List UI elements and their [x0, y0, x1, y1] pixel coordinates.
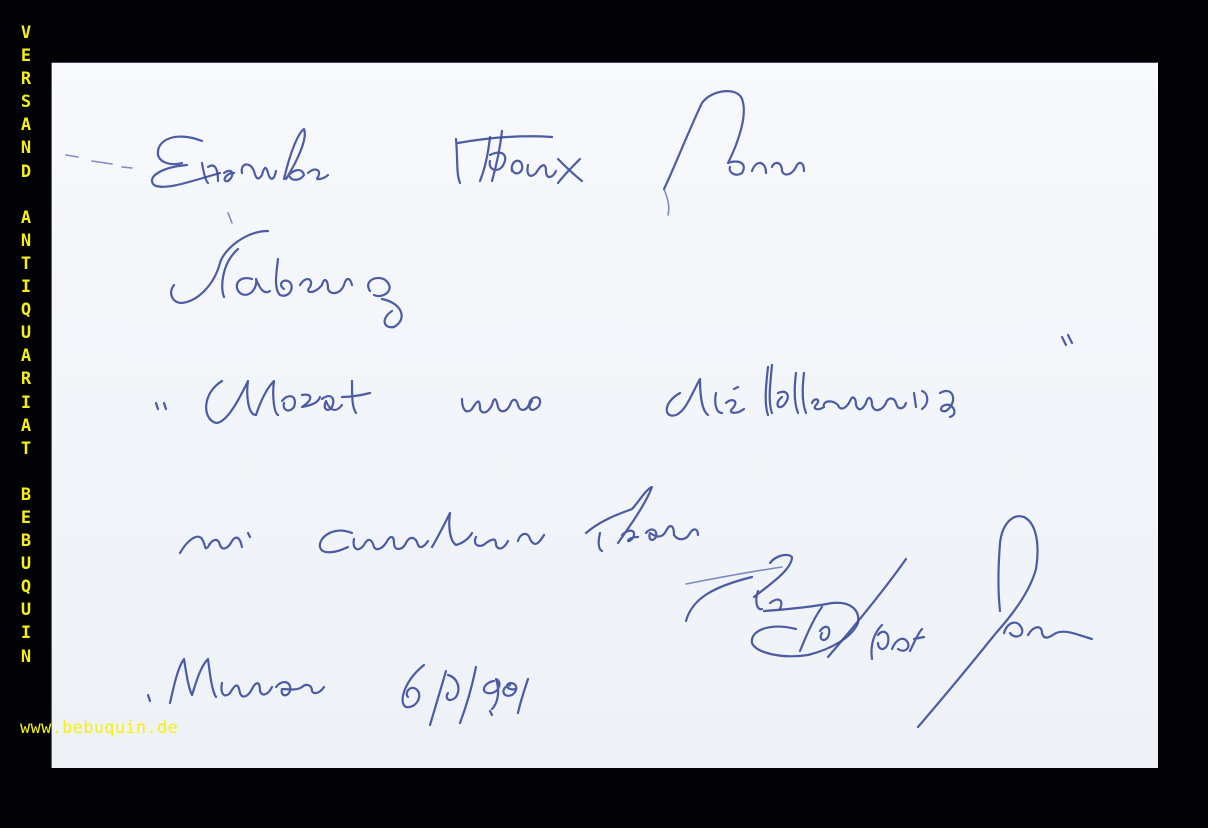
watermark-letter: B: [21, 484, 31, 507]
watermark-letter: A: [21, 114, 31, 137]
stray-mark: [66, 155, 132, 168]
watermark-letter: I: [21, 392, 31, 415]
watermark-letter: N: [21, 137, 31, 160]
watermark-letter: I: [21, 622, 31, 645]
watermark-letter: E: [21, 507, 31, 530]
watermark-url: www.bebuquin.de: [20, 718, 178, 738]
line-salzburg-strokes: [171, 213, 401, 327]
watermark-letter: T: [21, 438, 31, 461]
watermark-letter: N: [21, 230, 31, 253]
watermark-letter: V: [21, 22, 31, 45]
watermark-letter: R: [21, 368, 31, 391]
watermark-letter: E: [21, 45, 31, 68]
watermark-letter: S: [21, 91, 31, 114]
watermark-letter: Q: [21, 299, 31, 322]
vertical-watermark: V E R S A N D A N T I Q U A R I A T B E …: [18, 22, 34, 669]
watermark-letter: U: [21, 553, 31, 576]
autograph-card: Ensemble Tobias Jenne Salzburg „Mozart u…: [52, 63, 1158, 768]
watermark-letter: T: [21, 253, 31, 276]
handwriting-strokes: [52, 63, 1158, 768]
watermark-letter: Q: [21, 576, 31, 599]
watermark-letter: A: [21, 415, 31, 438]
line-title-strokes: [156, 335, 1072, 423]
watermark-letter: N: [21, 646, 31, 669]
line-ensemble-strokes: [152, 91, 804, 215]
watermark-letter: D: [21, 161, 31, 184]
signature-strokes: [686, 516, 1092, 727]
watermark-letter: A: [21, 345, 31, 368]
watermark-letter: U: [21, 322, 31, 345]
watermark-letter: A: [21, 207, 31, 230]
watermark-letter: U: [21, 599, 31, 622]
line-place-date-strokes: [148, 659, 528, 725]
line-venue-strokes: [180, 487, 698, 553]
watermark-letter: I: [21, 276, 31, 299]
watermark-letter: R: [21, 68, 31, 91]
watermark-letter: B: [21, 530, 31, 553]
